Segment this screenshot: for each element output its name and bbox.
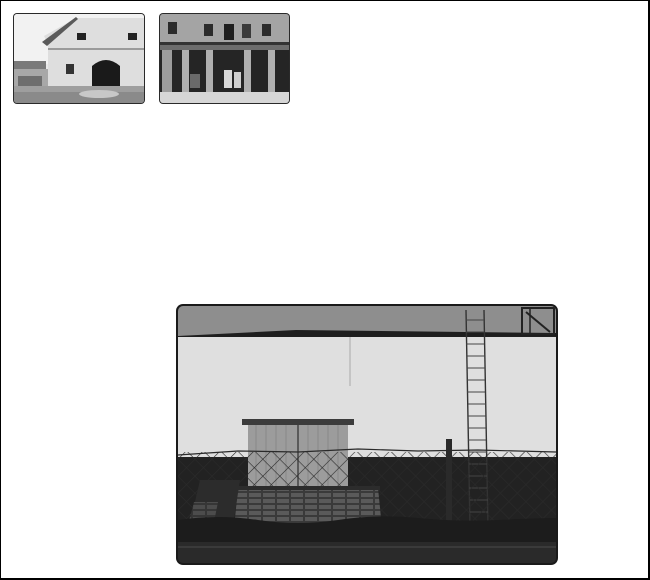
facade-image: [160, 14, 289, 103]
photo-thumbnail-barn[interactable]: [14, 14, 144, 103]
photo-main-wall-fence[interactable]: [178, 306, 556, 563]
wall-fence-image: [178, 306, 556, 563]
barn-image: [14, 14, 144, 103]
photo-thumbnail-facade[interactable]: [160, 14, 289, 103]
